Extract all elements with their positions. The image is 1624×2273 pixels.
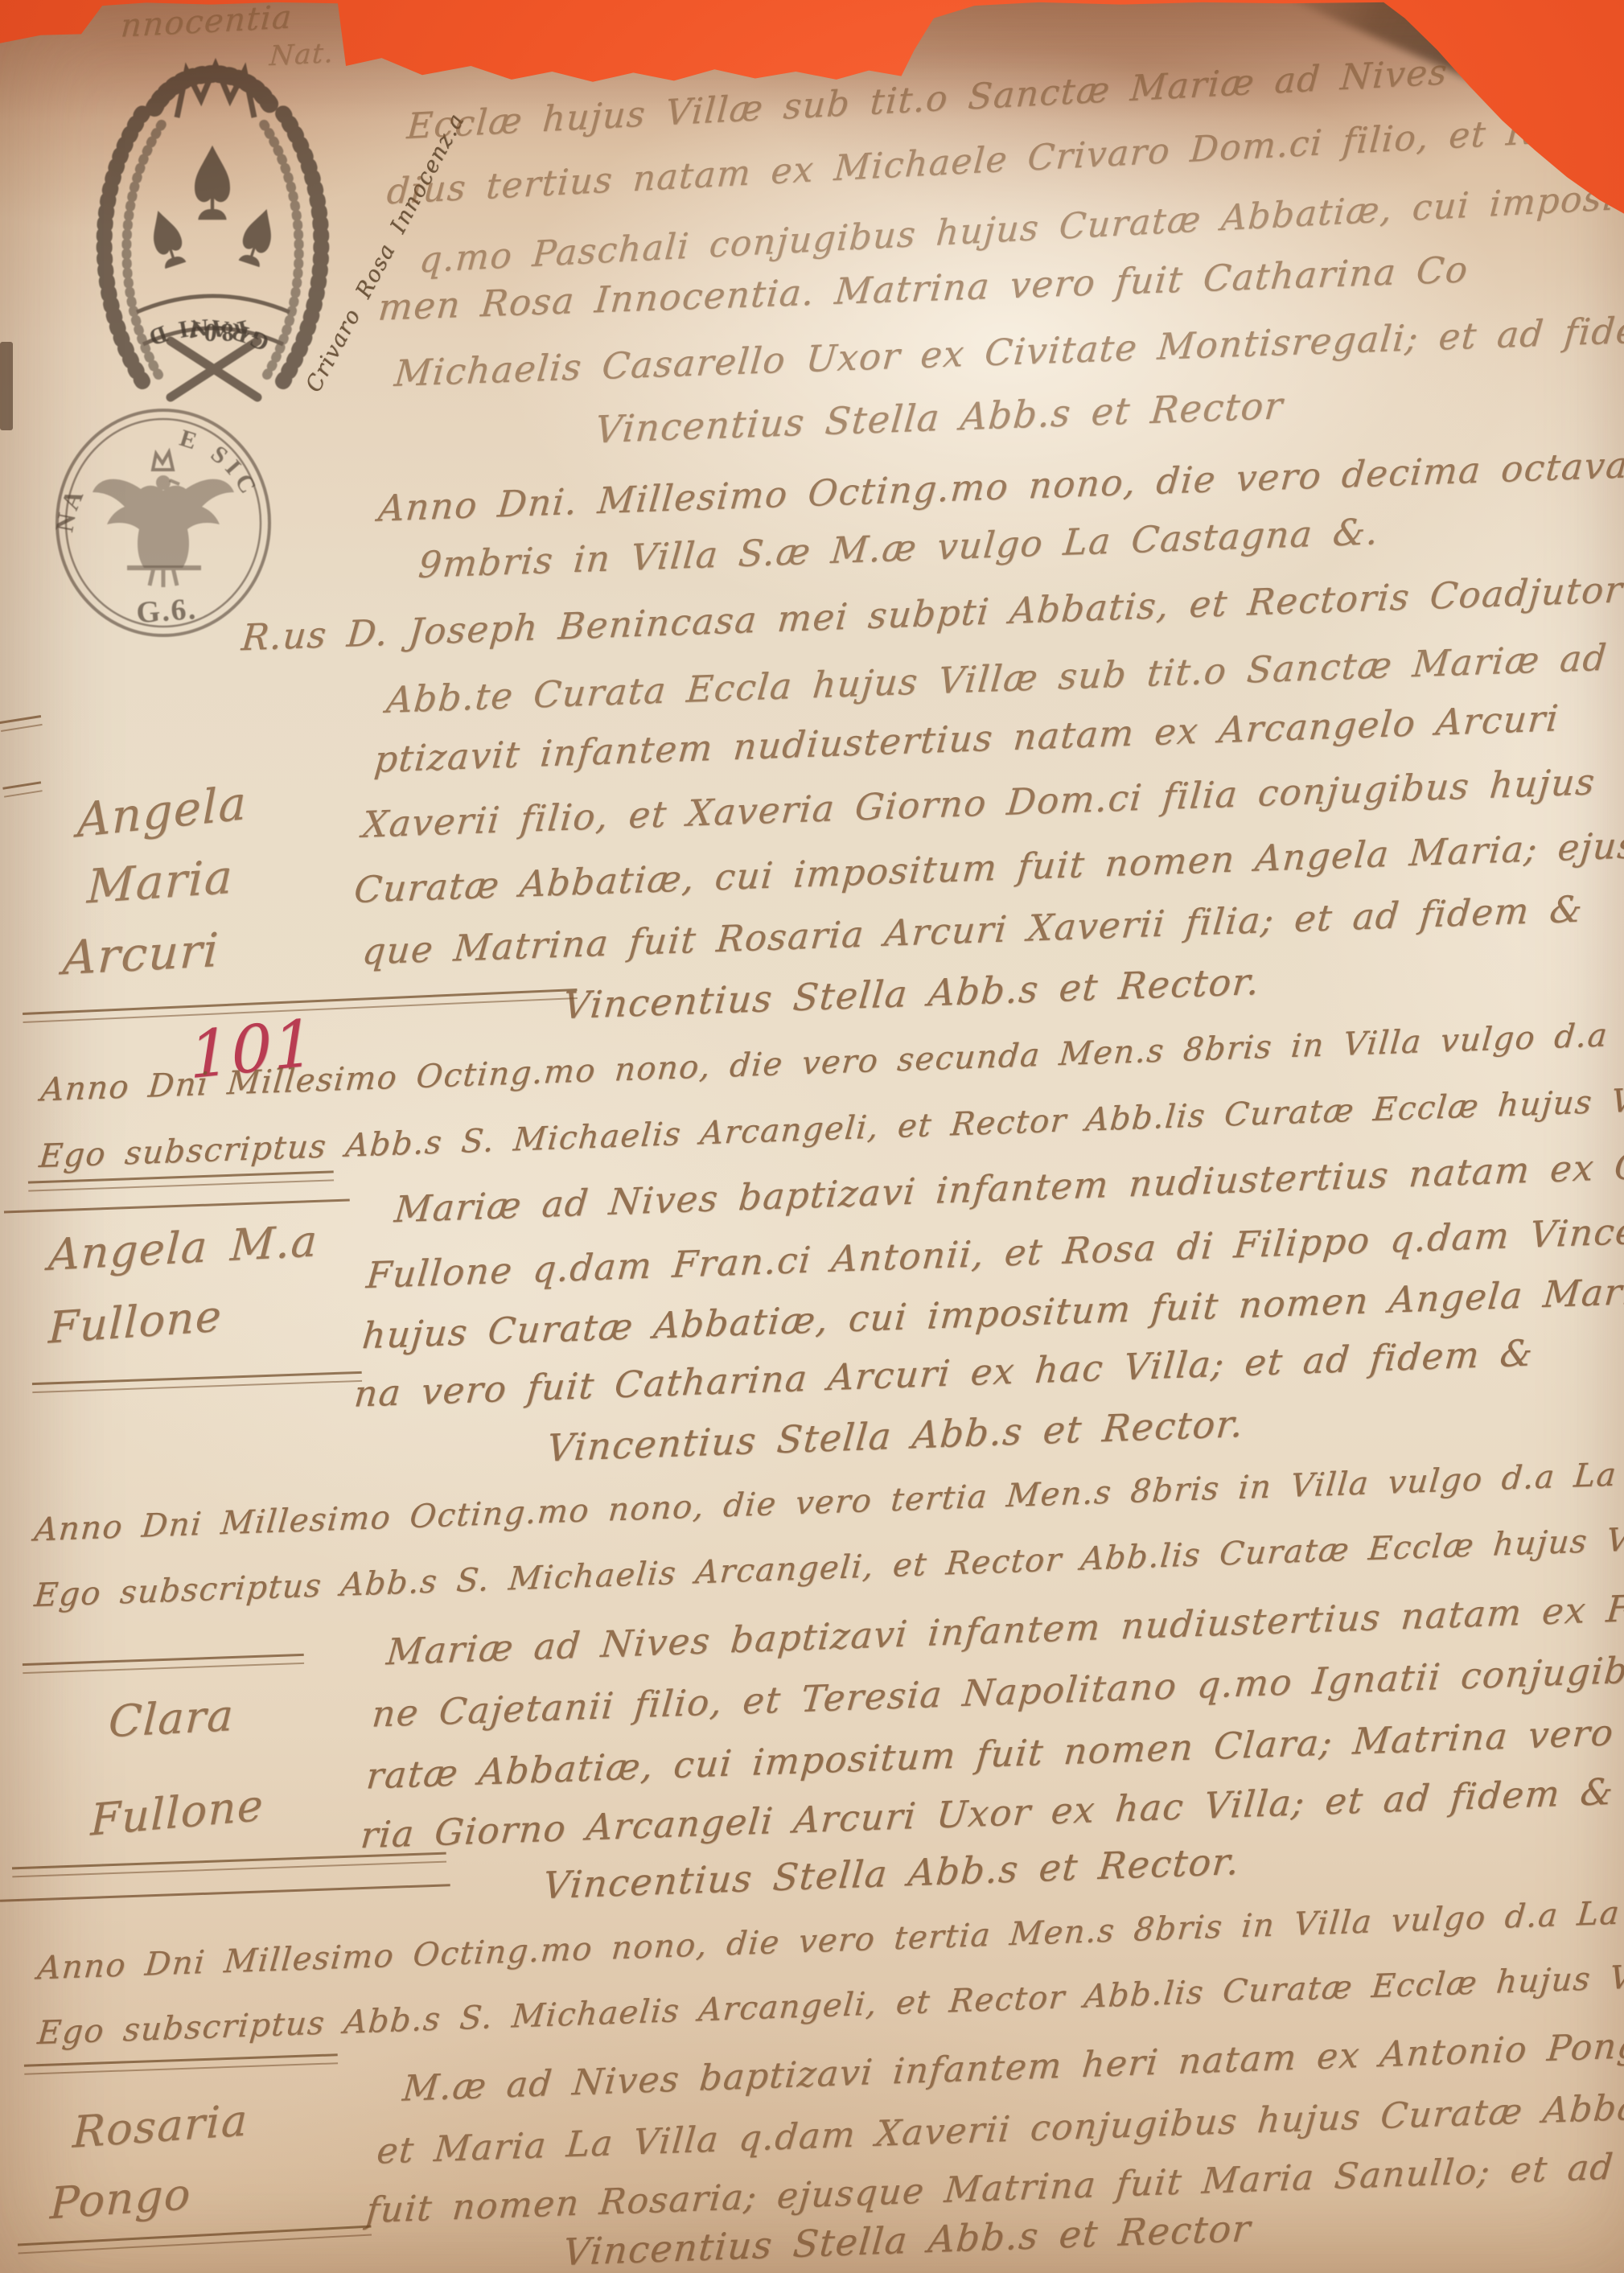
ink-rule xyxy=(18,2225,372,2254)
ink-rule xyxy=(24,2053,338,2075)
page-scan: nnocentia Nat. xyxy=(0,0,1624,2273)
margin-name: Angela xyxy=(77,775,248,849)
edge-mark xyxy=(0,342,13,430)
margin-name: Angela M.a xyxy=(47,1215,319,1280)
eagle-stamp: NA E SIC G.6. xyxy=(42,393,285,647)
manuscript-line: Anno Dni. Millesimo Octing.mo nono, die … xyxy=(376,438,1624,529)
margin-dash xyxy=(0,715,43,732)
margin-name: Pongo xyxy=(49,2168,192,2230)
margin-name: Fullone xyxy=(90,1779,265,1845)
margin-name: Maria xyxy=(86,849,234,914)
signature-line: Vincentius Stella Abb.s et Rector. xyxy=(561,960,1262,1027)
stamp-arc-left-text: NA xyxy=(49,483,90,534)
ink-rule xyxy=(32,1371,362,1393)
signature-line: Vincentius Stella Abb.s et Rector. xyxy=(541,1839,1242,1907)
ink-rule xyxy=(0,1884,450,1909)
manuscript-paper: nnocentia Nat. xyxy=(0,0,1624,2273)
svg-text:NA: NA xyxy=(49,483,90,534)
ink-rule xyxy=(23,1654,304,1674)
margin-name: Arcuri xyxy=(61,923,220,985)
margin-name: Clara xyxy=(107,1690,235,1747)
manuscript-line: Ego subscripsi Abb.s et xyxy=(401,9,874,75)
margin-dash xyxy=(2,781,42,797)
signature-line: Vincentius Stella Abb.s et Rector xyxy=(594,384,1285,451)
ink-rule xyxy=(12,1852,446,1878)
stamp-bottom-text: G.6. xyxy=(135,592,198,630)
margin-name: Fullone xyxy=(47,1290,223,1353)
signature-line: Vincentius Stella Abb.s et Rector. xyxy=(545,1402,1246,1469)
margin-name: Rosaria xyxy=(72,2094,249,2158)
